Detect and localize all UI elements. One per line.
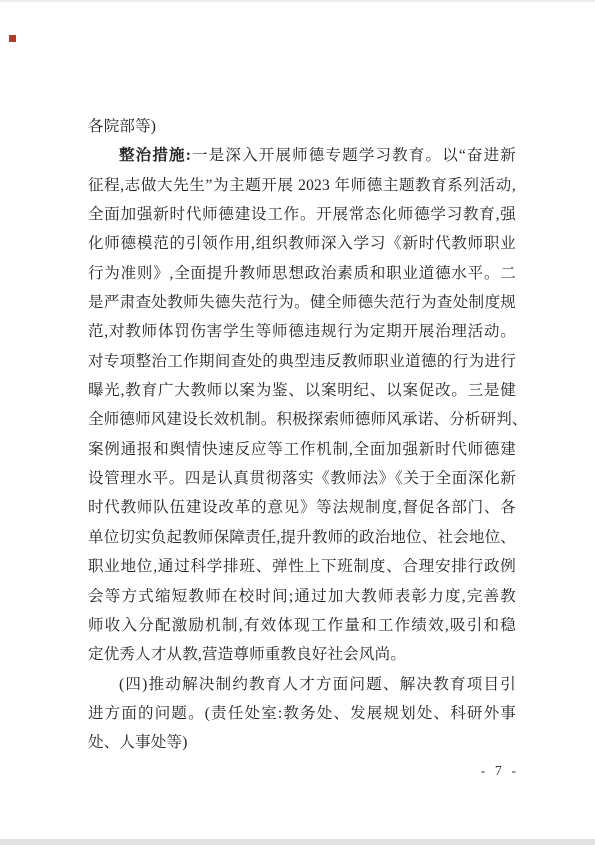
text-line: 职业地位,通过科学排班、弹性上下班制度、合理安排行政例: [88, 552, 516, 581]
page-bottom-edge: [0, 839, 595, 845]
text-line: 范,对教师体罚伤害学生等师德违规行为定期开展治理活动。: [88, 317, 516, 346]
red-corner-mark: [9, 35, 16, 42]
page-number: - 7 -: [481, 764, 519, 780]
text-line: 是严肃查处教师失德失范行为。健全师德失范行为查处制度规: [88, 288, 516, 317]
text-line: 时代教师队伍建设改革的意见》等法规制度,督促各部门、各: [88, 493, 516, 522]
bold-lead-in: 整治措施:: [119, 147, 191, 164]
text-line: 各院部等): [88, 112, 516, 141]
document-page: 各院部等)整治措施:一是深入开展师德专题学习教育。以“奋进新征程,志做大先生”为…: [0, 0, 595, 845]
text-line: 曝光,教育广大教师以案为鉴、以案明纪、以案促改。三是健: [88, 376, 516, 405]
text-line: 全面加强新时代师德建设工作。开展常态化师德学习教育,强: [88, 200, 516, 229]
document-body: 各院部等)整治措施:一是深入开展师德专题学习教育。以“奋进新征程,志做大先生”为…: [88, 112, 516, 758]
text-line: 整治措施:一是深入开展师德专题学习教育。以“奋进新: [88, 141, 516, 170]
text-line: 征程,志做大先生”为主题开展 2023 年师德主题教育系列活动,: [88, 171, 516, 200]
text-line: 进方面的问题。(责任处室:教务处、发展规划处、科研外事: [88, 699, 516, 728]
text-line: 对专项整治工作期间查处的典型违反教师职业道德的行为进行: [88, 347, 516, 376]
text-line: 单位切实负起教师保障责任,提升教师的政治地位、社会地位、: [88, 523, 516, 552]
text-line: 化师德模范的引领作用,组织教师深入学习《新时代教师职业: [88, 229, 516, 258]
text-line: 会等方式缩短教师在校时间;通过加大教师表彰力度,完善教: [88, 582, 516, 611]
text-line: 设管理水平。四是认真贯彻落实《教师法》《关于全面深化新: [88, 464, 516, 493]
text-line: (四)推动解决制约教育人才方面问题、解决教育项目引: [88, 670, 516, 699]
text-line: 行为准则》,全面提升教师思想政治素质和职业道德水平。二: [88, 259, 516, 288]
text-line: 案例通报和舆情快速反应等工作机制,全面加强新时代师德建: [88, 435, 516, 464]
text-line: 处、人事处等): [88, 728, 516, 757]
text-line: 全师德师风建设长效机制。积极探索师德师风承诺、分析研判、: [88, 405, 516, 434]
text-line: 师收入分配激励机制,有效体现工作量和工作绩效,吸引和稳: [88, 611, 516, 640]
text-line: 定优秀人才从教,营造尊师重教良好社会风尚。: [88, 640, 516, 669]
